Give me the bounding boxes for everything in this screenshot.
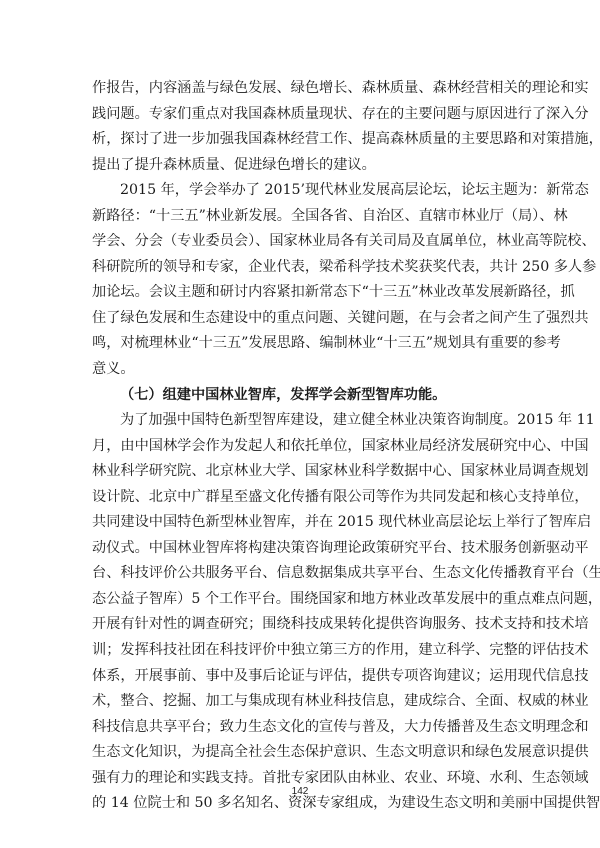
text-line: 开展有针对性的调查研究；围绕科技成果转化提供咨询服务、技术支持和技术培 bbox=[92, 612, 510, 638]
text-line: 林业科学研究院、北京林业大学、国家林业科学数据中心、国家林业局调查规划 bbox=[92, 459, 510, 485]
paragraph-first-line: 2015 年，学会举办了 2015’现代林业发展高层论坛，论坛主题为：新常态 bbox=[92, 178, 510, 204]
text-line: 共同建设中国特色新型林业智库，并在 2015 现代林业高层论坛上举行了智库启 bbox=[92, 510, 510, 536]
text-line: 设计院、北京中广群星至盛文化传播有限公司等作为共同发起和核心支持单位， bbox=[92, 485, 510, 511]
text-line: 提出了提升森林质量、促进绿色增长的建议。 bbox=[92, 153, 510, 179]
text-line: 科技信息共享平台；致力生态文化的宣传与普及，大力传播普及生态文明理念和 bbox=[92, 715, 510, 741]
text-line: 月，由中国林学会作为发起人和依托单位，国家林业局经济发展研究中心、中国 bbox=[92, 434, 510, 460]
text-line: 住了绿色发展和生态建设中的重点问题、关键问题，在与会者之间产生了强烈共 bbox=[92, 306, 510, 332]
document-page: 作报告，内容涵盖与绿色发展、绿色增长、森林质量、森林经营相关的理论和实 践问题。… bbox=[0, 0, 600, 848]
section-heading: （七）组建中国林业智库，发挥学会新型智库功能。 bbox=[92, 383, 510, 409]
text-line: 析，探讨了进一步加强我国森林经营工作、提高森林质量的主要思路和对策措施， bbox=[92, 127, 510, 153]
body-text: 作报告，内容涵盖与绿色发展、绿色增长、森林质量、森林经营相关的理论和实 践问题。… bbox=[92, 76, 510, 817]
text-line: 加论坛。会议主题和研讨内容紧扣新常态下“十三五”林业改革发展新路径，抓 bbox=[92, 280, 510, 306]
text-line: 动仪式。中国林业智库将构建决策咨询理论政策研究平台、技术服务创新驱动平 bbox=[92, 536, 510, 562]
page-number: 142 bbox=[0, 786, 600, 797]
text-line: 新路径：“十三五”林业新发展。全国各省、自治区、直辖市林业厅（局）、林 bbox=[92, 204, 510, 230]
text-line: 态公益子智库）5 个工作平台。围绕国家和地方林业改革发展中的重点难点问题， bbox=[92, 587, 510, 613]
text-line: 践问题。专家们重点对我国森林质量现状、存在的主要问题与原因进行了深入分 bbox=[92, 102, 510, 128]
paragraph-first-line: 为了加强中国特色新型智库建设，建立健全林业决策咨询制度。2015 年 11 bbox=[92, 408, 510, 434]
text-line: 术，整合、挖掘、加工与集成现有林业科技信息，建成综合、全面、权威的林业 bbox=[92, 689, 510, 715]
text-line: 训；发挥科技社团在科技评价中独立第三方的作用，建立科学、完整的评估技术 bbox=[92, 638, 510, 664]
text-line: 学会、分会（专业委员会）、国家林业局各有关司局及直属单位，林业高等院校、 bbox=[92, 229, 510, 255]
text-line: 意义。 bbox=[92, 357, 510, 383]
text-line: 体系，开展事前、事中及事后论证与评估，提供专项咨询建议；运用现代信息技 bbox=[92, 664, 510, 690]
text-line: 作报告，内容涵盖与绿色发展、绿色增长、森林质量、森林经营相关的理论和实 bbox=[92, 76, 510, 102]
text-line: 生态文化知识，为提高全社会生态保护意识、生态文明意识和绿色发展意识提供 bbox=[92, 740, 510, 766]
text-line: 台、科技评价公共服务平台、信息数据集成共享平台、生态文化传播教育平台（生 bbox=[92, 561, 510, 587]
text-line: 科研院所的领导和专家，企业代表，梁希科学技术奖获奖代表，共计 250 多人参 bbox=[92, 255, 510, 281]
text-line: 鸣，对梳理林业“十三五”发展思路、编制林业“十三五”规划具有重要的参考 bbox=[92, 331, 510, 357]
